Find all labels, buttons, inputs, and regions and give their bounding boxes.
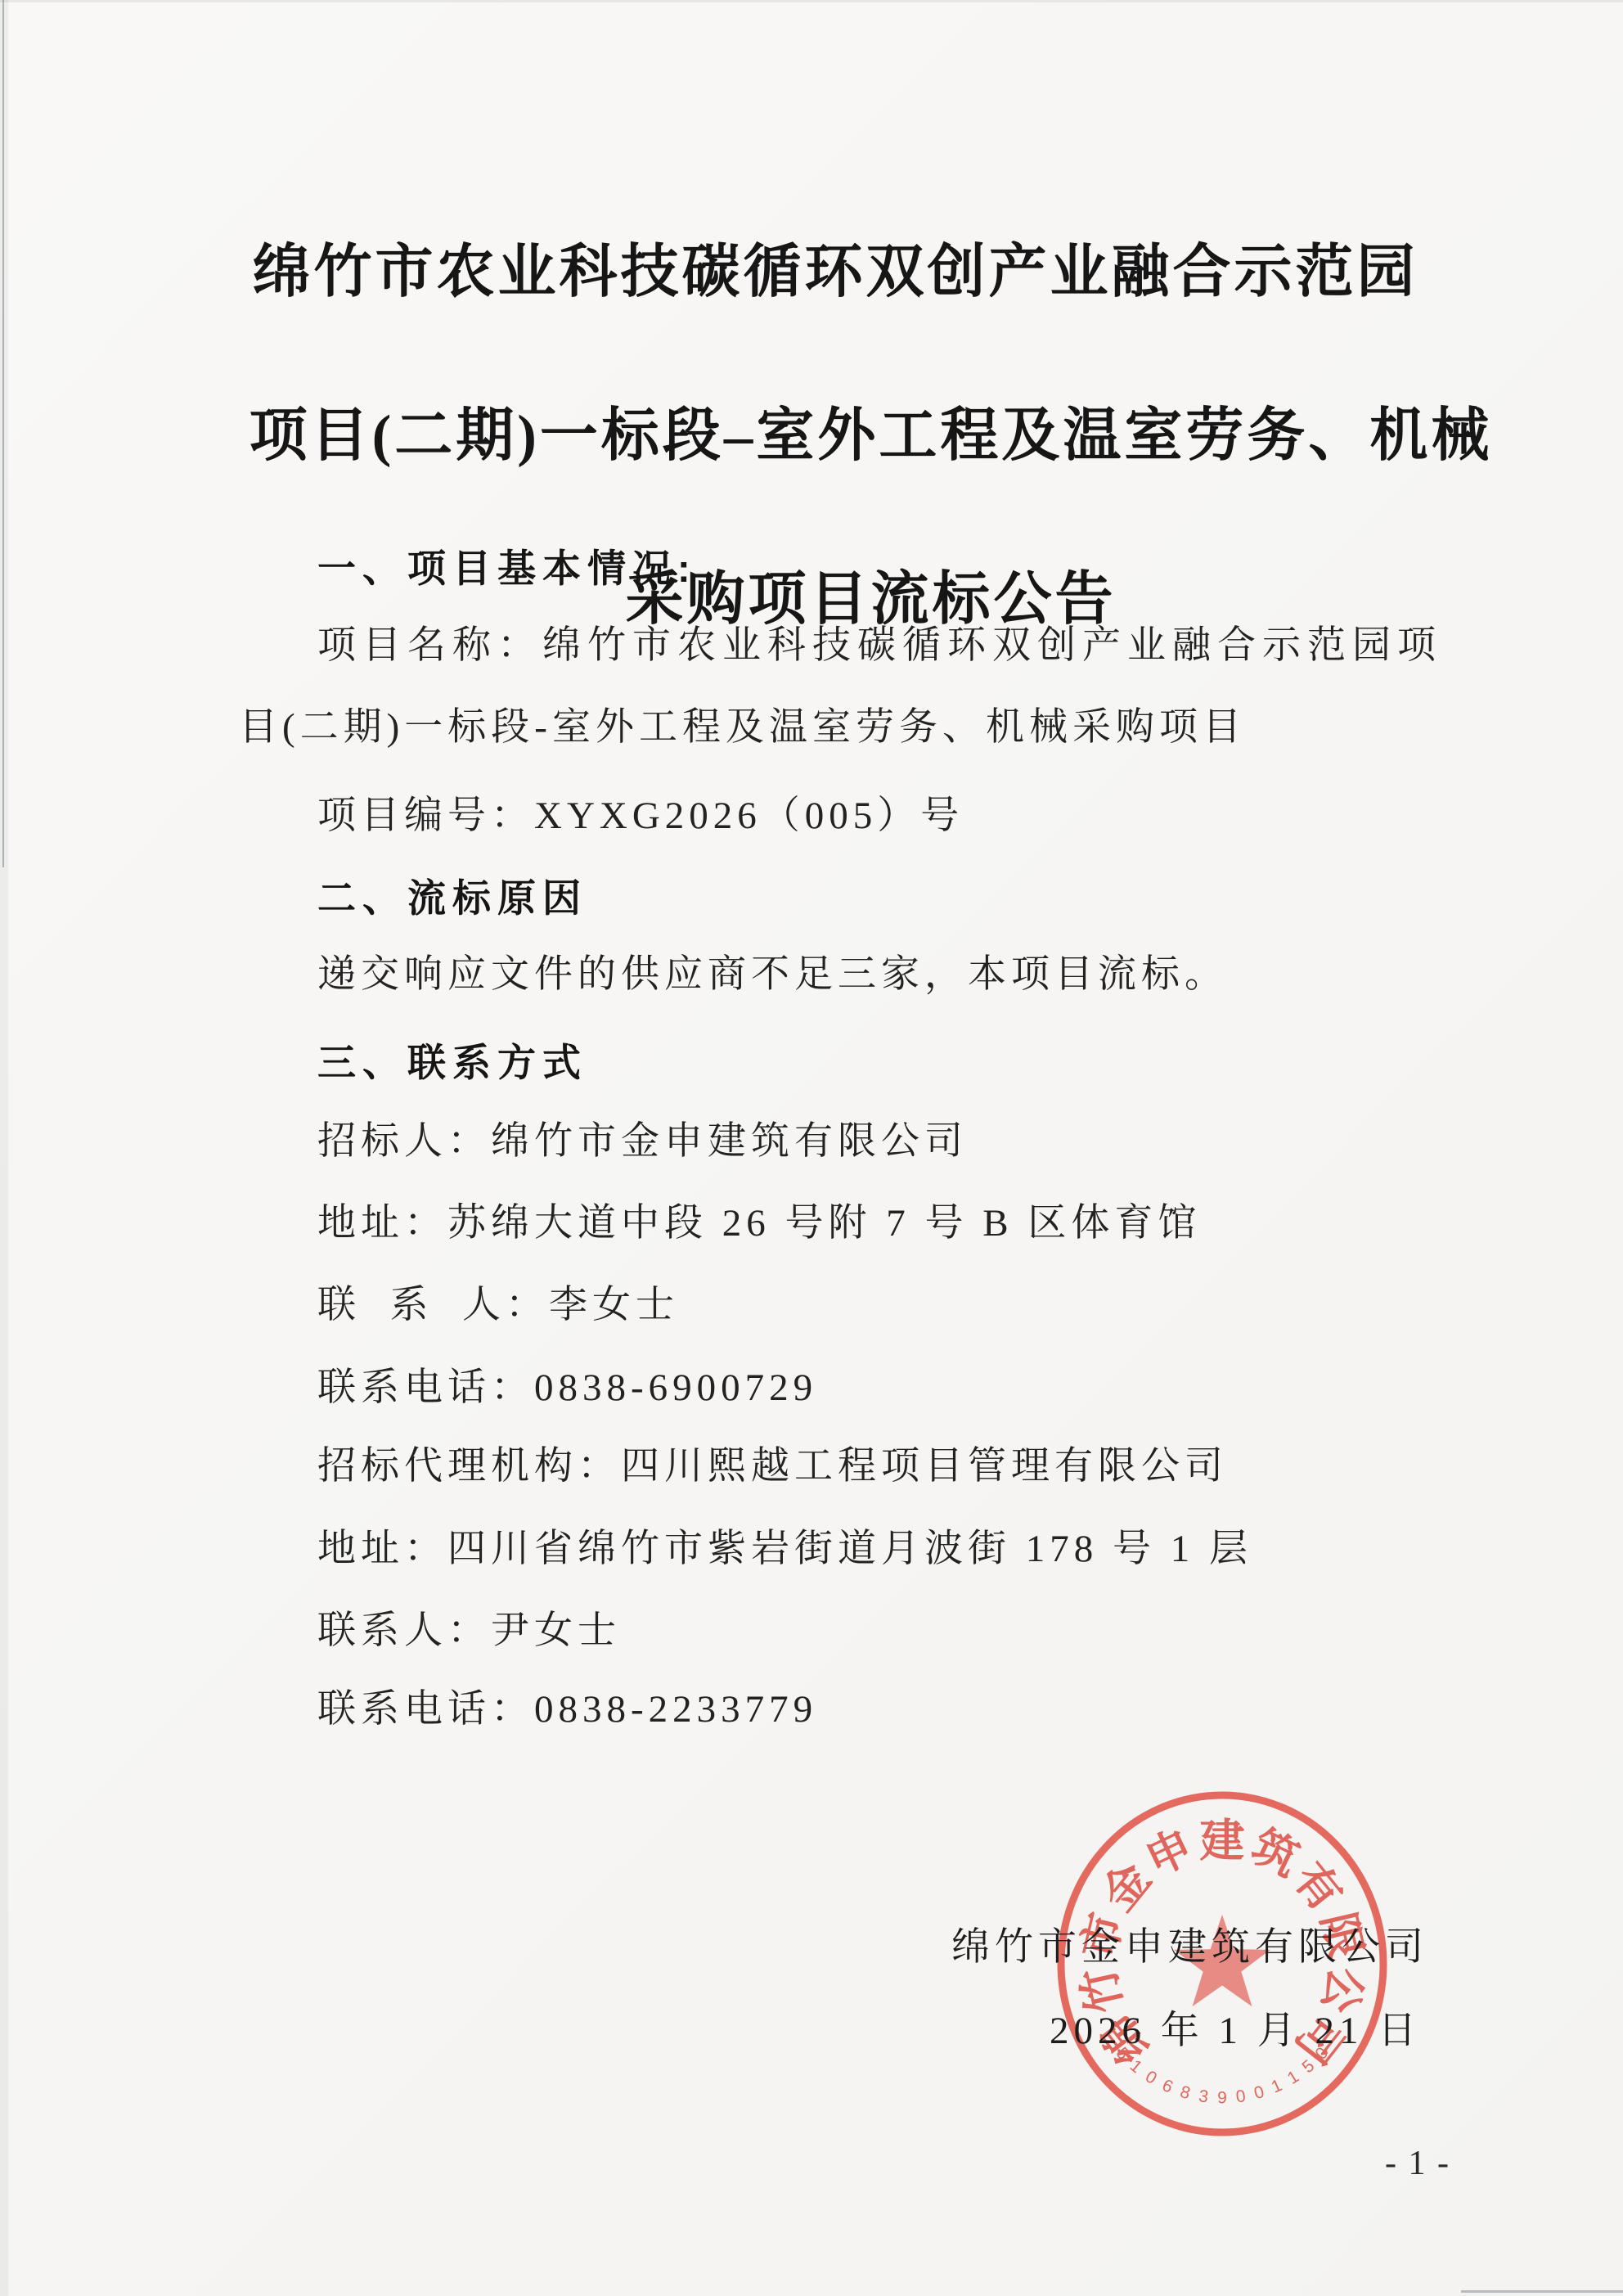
svg-text:0: 0 (1252, 2082, 1266, 2103)
svg-text:1: 1 (1284, 2067, 1302, 2088)
svg-text:9: 9 (1217, 2089, 1227, 2108)
document-page: 绵竹市农业科技碳循环双创产业融合示范园 项目(二期)一标段–室外工程及温室劳务、… (0, 0, 1623, 2296)
svg-text:8: 8 (1178, 2082, 1193, 2103)
signature-date: 2026 年 1 月 21 日 (1050, 2000, 1421, 2055)
project-name-line-2: 目(二期)一标段-室外工程及温室劳务、机械采购项目 (239, 705, 1246, 750)
section-1-heading: 一、项目基本情况: (317, 547, 697, 591)
scan-edge-line (2, 0, 4, 867)
title-line-2: 项目(二期)一标段–室外工程及温室劳务、机械 (250, 404, 1493, 468)
svg-text:建: 建 (1199, 1817, 1244, 1866)
contact-address-1: 地址：苏绵大道中段 26 号附 7 号 B 区体育馆 (317, 1201, 1201, 1245)
section-3-heading: 三、联系方式 (317, 1041, 587, 1085)
failure-reason: 递交响应文件的供应商不足三家，本项目流标。 (317, 952, 1228, 997)
contact-phone-2: 联系电话：0838-2233779 (317, 1687, 817, 1731)
contact-agency: 招标代理机构：四川熙越工程项目管理有限公司 (317, 1444, 1228, 1488)
svg-text:0: 0 (1142, 2067, 1160, 2088)
title-line-3: 采购项目流标公告 (625, 568, 1116, 632)
contact-person-1: 联 系 人：李女士 (317, 1283, 679, 1327)
svg-text:3: 3 (1198, 2087, 1210, 2106)
svg-text:6: 6 (1159, 2076, 1176, 2097)
svg-text:1: 1 (1269, 2076, 1285, 2097)
project-number: 项目编号：XYXG2026（005）号 (317, 794, 964, 838)
contact-phone-1: 联系电话：0838-6900729 (317, 1366, 817, 1410)
scan-edge-top (0, 0, 1623, 2)
signature-company: 绵竹市金申建筑有限公司 (951, 1916, 1428, 1971)
svg-text:0: 0 (1234, 2087, 1247, 2106)
section-2-heading: 二、流标原因 (317, 876, 587, 921)
contact-person-2: 联系人：尹女士 (317, 1609, 621, 1653)
contact-tenderer: 招标人：绵竹市金申建筑有限公司 (317, 1119, 968, 1164)
page-number: - 1 - (1385, 2144, 1450, 2183)
project-name-line-1: 项目名称：绵竹市农业科技碳循环双创产业融合示范园项 (317, 624, 1442, 668)
contact-address-2: 地址：四川省绵竹市紫岩街道月波街 178 号 1 层 (317, 1527, 1252, 1571)
title-line-1: 绵竹市农业科技碳循环双创产业融合示范园 (252, 241, 1418, 304)
scan-edge-bottom-right (1461, 2290, 1623, 2293)
scan-shadow-left (0, 0, 8, 2296)
